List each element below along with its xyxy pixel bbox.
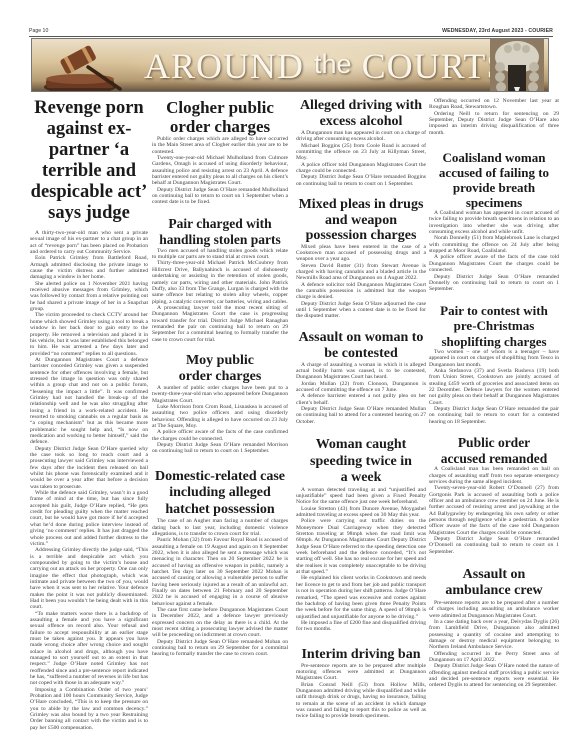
- article-mixed-pleas: Mixed pleas in drugs and weapon possessi…: [296, 197, 426, 320]
- paragraph: A thirty-two-year-old man who sent a pri…: [30, 230, 148, 255]
- paragraph: Michael Boggins (25) from Coole Road is …: [296, 143, 426, 162]
- article-headline: Clogher public order charges: [152, 98, 288, 136]
- column-3: Alleged driving with excess alcohol A Du…: [296, 98, 426, 720]
- article-body: A Coalisland man has been remanded on ba…: [429, 466, 559, 555]
- article-body: Pre-sentence reports are to be prepared …: [429, 600, 559, 689]
- paragraph: Pre-sentence reports are to be prepared …: [296, 663, 426, 682]
- paragraph: Police were carrying out traffic duties …: [296, 518, 426, 575]
- paragraph: Deputy District Judge Sean O’Hare querie…: [30, 446, 148, 490]
- issue-date-line: WEDNESDAY, 23rd August 2023 - COURIER: [442, 28, 553, 34]
- paragraph: A police officer told Dungannon Magistra…: [296, 162, 426, 175]
- article-assault-contested: Assault on woman to be contested A charg…: [296, 330, 426, 425]
- paragraph: Norah Donnelly (51) from Maplebrook Lane…: [429, 235, 559, 254]
- paragraph: Public order charges which are alleged t…: [152, 136, 288, 155]
- paragraph: Pauric Mohan (32) from Favour Royal Road…: [152, 537, 288, 607]
- article-shoplifting: Pair to contest with pre-Christmas shopl…: [429, 303, 559, 426]
- article-moy: Moy public order charges A number of pub…: [152, 353, 288, 455]
- article-body: A Dungannon man has appeared in court on…: [296, 130, 426, 187]
- paragraph: Offending occurred in the Perry Street a…: [429, 651, 559, 664]
- paragraph: A police officer aware of the facts of t…: [152, 429, 288, 442]
- banner-title-courts: COURTS: [362, 46, 508, 86]
- article-headline: Pair to contest with pre-Christmas shopl…: [429, 303, 559, 350]
- paragraph: A prosecuting lawyer told the most recen…: [152, 305, 288, 343]
- paragraph: Deputy District Judge Sean O’Hare noted …: [429, 663, 559, 688]
- paragraph: Louise Stretton (43) from Dunore Avenue,…: [296, 506, 426, 519]
- article-body: A charge of assaulting a woman in which …: [296, 362, 426, 425]
- article-body: A woman detected traveling at and “unjus…: [296, 487, 426, 633]
- article-excess-alcohol: Alleged driving with excess alcohol A Du…: [296, 98, 426, 187]
- article-headline: Assault on woman to be contested: [296, 330, 426, 362]
- article-headline: Domestic-related case including alleged …: [152, 469, 288, 519]
- article-public-order-remanded: Public order accused remanded A Coalisla…: [429, 435, 559, 555]
- article-body: Pre-sentence reports are to be prepared …: [296, 663, 426, 720]
- paragraph: Twenty-one-year-old Michael Mulholland f…: [152, 155, 288, 187]
- gavel-icon: [40, 43, 140, 92]
- article-body: Two men accused of handling stolen goods…: [152, 248, 288, 343]
- paragraph: Pre-sentence reports are to be prepared …: [429, 600, 559, 619]
- column-2: Clogher public order charges Public orde…: [152, 98, 288, 658]
- column-1: Revenge porn against ex-partner ‘a terri…: [30, 98, 148, 731]
- paragraph: Deputy District Judge Sean O’Hare remand…: [296, 406, 426, 425]
- paragraph: Twenty-seven-year-old Robert O’Donnell (…: [429, 485, 559, 536]
- article-body: A number of public order charges have be…: [152, 385, 288, 455]
- article-headline: Revenge porn against ex-partner ‘a terri…: [30, 98, 148, 224]
- paragraph: He explained his client works in Cooksto…: [296, 575, 426, 619]
- column-4: Offending occurred on 12 November last y…: [429, 98, 559, 689]
- paragraph: Deputy District Judge Sean O’Hare remand…: [429, 536, 559, 555]
- judge-wig-icon: [490, 38, 544, 92]
- paragraph: Deputy District Judge Sean O’Hare remand…: [152, 442, 288, 455]
- paragraph: The case of an Augher man facing a numbe…: [152, 518, 288, 537]
- paragraph: Anka Stefanova (37) and Svetla Rusheva (…: [429, 368, 559, 406]
- article-interim-ban: Interim driving ban Pre-sentence reports…: [296, 647, 426, 720]
- paragraph: The victim proceeded to check CCTV aroun…: [30, 312, 148, 356]
- article-stolen-parts: Pair charged with handling stolen parts …: [152, 216, 288, 343]
- paragraph: He imposed a fine of £200 fine and disqu…: [296, 620, 426, 633]
- article-headline: Alleged driving with excess alcohol: [296, 98, 426, 130]
- paragraph: A police officer aware of the facts of t…: [429, 254, 559, 273]
- paragraph: Addressing Grimley directly the judge sa…: [30, 547, 148, 610]
- paragraph: Two men accused of handling stolen goods…: [152, 248, 288, 261]
- article-headline: Coalisland woman accused of failing to p…: [429, 150, 559, 210]
- paragraph: Deputy District Judge Sean O’Hare remand…: [296, 174, 426, 187]
- paragraph: A Coalisland woman has appeared in court…: [429, 210, 559, 235]
- paragraph: She alerted police on 1 November 2021 ha…: [30, 281, 148, 313]
- paragraph: Brian Conrad Neill (53) from Hollow Mill…: [296, 682, 426, 720]
- paragraph: Ordering Neill to return for sentencing …: [429, 111, 559, 136]
- paragraph: Mixed pleas have been entered in the cas…: [296, 244, 426, 263]
- paragraph: While the defence said Grimley, wasn’t i…: [30, 490, 148, 547]
- article-headline: Mixed pleas in drugs and weapon possessi…: [296, 197, 426, 244]
- article-ambulance-crew: Assault on ambulance crew Pre-sentence r…: [429, 567, 559, 689]
- banner-title-the: the: [314, 49, 352, 79]
- paragraph: A charge of assaulting a woman in which …: [296, 362, 426, 381]
- article-body: Mixed pleas have been entered in the cas…: [296, 244, 426, 320]
- paragraph: A Coalisland man has been remanded on ba…: [429, 466, 559, 485]
- paragraph: A Dungannon man has appeared in court on…: [296, 130, 426, 143]
- paragraph: A defence barrister entered a not guilty…: [296, 393, 426, 406]
- paragraph: Offending occurred on 12 November last y…: [429, 98, 559, 111]
- article-hatchet: Domestic-related case including alleged …: [152, 469, 288, 658]
- page-folio: Page 10 WEDNESDAY, 23rd August 2023 - CO…: [29, 26, 553, 37]
- paragraph: “To make matters worse there is a backdr…: [30, 611, 148, 687]
- article-revenge-porn: Revenge porn against ex-partner ‘a terri…: [30, 98, 148, 731]
- paragraph: Eoin Patrick Grimley from Battleford Roa…: [30, 255, 148, 280]
- paragraph: At Dungannon Magistrates Court a defence…: [30, 357, 148, 446]
- paragraph: Thirty-three-year-old Michael Patrick Mc…: [152, 260, 288, 304]
- article-body: Public order charges which are alleged t…: [152, 136, 288, 206]
- banner-title-around: AROUND: [144, 46, 304, 86]
- article-body: The case of an Augher man facing a numbe…: [152, 518, 288, 658]
- paragraph: Two women – one of whom is a teenager – …: [429, 349, 559, 368]
- article-headline: Pair charged with handling stolen parts: [152, 216, 288, 248]
- banner-title: AROUND the COURTS: [144, 44, 507, 86]
- article-headline: Assault on ambulance crew: [429, 567, 559, 600]
- paragraph: A number of public order charges have be…: [152, 385, 288, 404]
- article-headline: Interim driving ban: [296, 647, 426, 663]
- paragraph: Imposing a Combination Order of two year…: [30, 687, 148, 731]
- paragraph: Luke Morrison from Crom Road, Lisnaskea …: [152, 404, 288, 429]
- article-clogher: Clogher public order charges Public orde…: [152, 98, 288, 206]
- article-body: A Coalisland woman has appeared in court…: [429, 210, 559, 292]
- paragraph: Jordan Mullan (22) from Clonoon, Dungann…: [296, 381, 426, 394]
- paragraph: A defence solicitor told Dungannon Magis…: [296, 282, 426, 301]
- article-body: Two women – one of whom is a teenager – …: [429, 349, 559, 425]
- article-interim-ban-continued: Offending occurred on 12 November last y…: [429, 98, 559, 136]
- paragraph: Deputy District Judge Sean O’Hare adjour…: [296, 301, 426, 320]
- article-headline: Woman caught speeding twice in a week: [296, 437, 426, 487]
- page-number: Page 10: [29, 28, 48, 34]
- article-body: A thirty-two-year-old man who sent a pri…: [30, 230, 148, 731]
- paragraph: Deputy District Judge Sean O’Hare remand…: [429, 406, 559, 425]
- paragraph: Deputy District Judge Sean O’Hare remand…: [152, 187, 288, 206]
- paragraph: A woman detected traveling at and “unjus…: [296, 487, 426, 506]
- article-headline: Moy public order charges: [152, 353, 288, 385]
- paragraph: In a case dating back over a year, Deivy…: [429, 619, 559, 651]
- paragraph: Steven David Rutter (31) from Stewart Av…: [296, 263, 426, 282]
- paragraph: Deputy District Judge Sean O’Hare remand…: [429, 274, 559, 293]
- article-speeding: Woman caught speeding twice in a week A …: [296, 437, 426, 632]
- paragraph: Deputy District Judge Sean O’Hare remand…: [152, 639, 288, 658]
- paragraph: The case first came before Dungannon Mag…: [152, 607, 288, 639]
- section-banner: AROUND the COURTS: [31, 38, 549, 92]
- article-coalisland-breath: Coalisland woman accused of failing to p…: [429, 150, 559, 292]
- article-headline: Public order accused remanded: [429, 435, 559, 466]
